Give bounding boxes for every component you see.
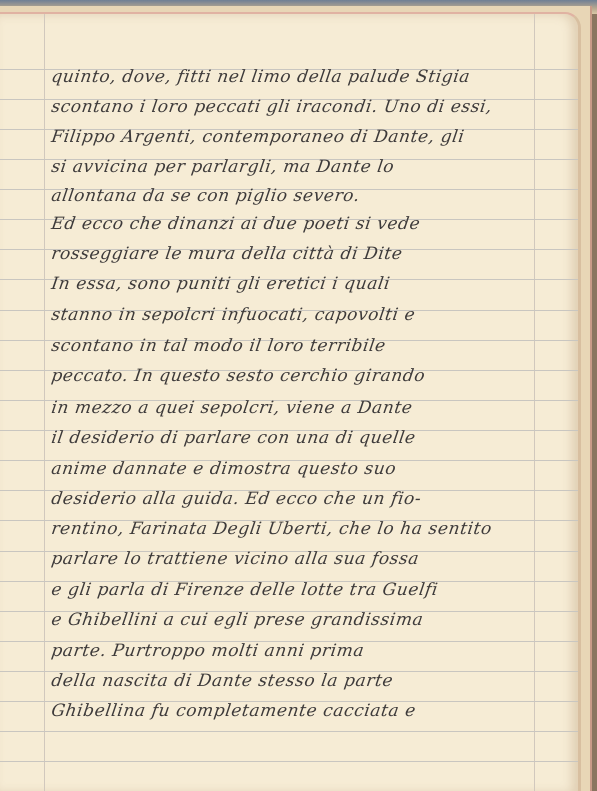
handwritten-line: parte. Purtroppo molti anni prima bbox=[50, 641, 563, 661]
notebook-page: quinto, dove, fitti nel limo della palud… bbox=[0, 12, 581, 791]
left-margin-line bbox=[44, 14, 45, 791]
handwritten-line: in mezzo a quei sepolcri, viene a Dante bbox=[50, 398, 563, 418]
handwritten-line: e Ghibellini a cui egli prese grandissim… bbox=[50, 610, 563, 630]
handwritten-line: peccato. In questo sesto cerchio girando bbox=[50, 366, 563, 386]
handwritten-line: scontano in tal modo il loro terribile bbox=[50, 336, 563, 356]
handwritten-line: Ghibellina fu completamente cacciata e bbox=[50, 701, 563, 721]
handwritten-line: rosseggiare le mura della città di Dite bbox=[50, 244, 563, 264]
handwritten-line: si avvicina per parlargli, ma Dante lo bbox=[50, 157, 563, 177]
handwritten-line: stanno in sepolcri infuocati, capovolti … bbox=[50, 305, 563, 325]
handwritten-line: In essa, sono puniti gli eretici i quali bbox=[50, 274, 563, 294]
handwritten-line: anime dannate e dimostra questo suo bbox=[50, 459, 563, 479]
handwritten-line: il desiderio di parlare con una di quell… bbox=[50, 428, 563, 448]
handwritten-line: della nascita di Dante stesso la parte bbox=[50, 671, 563, 691]
ruled-line bbox=[0, 761, 578, 762]
handwritten-line: Ed ecco che dinanzi ai due poeti si vede bbox=[50, 214, 563, 234]
handwritten-line: parlare lo trattiene vicino alla sua fos… bbox=[50, 549, 563, 569]
handwritten-line: e gli parla di Firenze delle lotte tra G… bbox=[50, 580, 563, 600]
handwritten-line: desiderio alla guida. Ed ecco che un fio… bbox=[50, 489, 563, 509]
handwritten-line: quinto, dove, fitti nel limo della palud… bbox=[50, 67, 563, 87]
handwritten-line: Filippo Argenti, contemporaneo di Dante,… bbox=[50, 127, 563, 147]
handwritten-line: rentino, Farinata Degli Uberti, che lo h… bbox=[50, 519, 563, 539]
handwritten-line: scontano i loro peccati gli iracondi. Un… bbox=[50, 97, 563, 117]
ruled-line bbox=[0, 731, 578, 732]
handwritten-line: allontana da se con piglio severo. bbox=[50, 186, 563, 206]
